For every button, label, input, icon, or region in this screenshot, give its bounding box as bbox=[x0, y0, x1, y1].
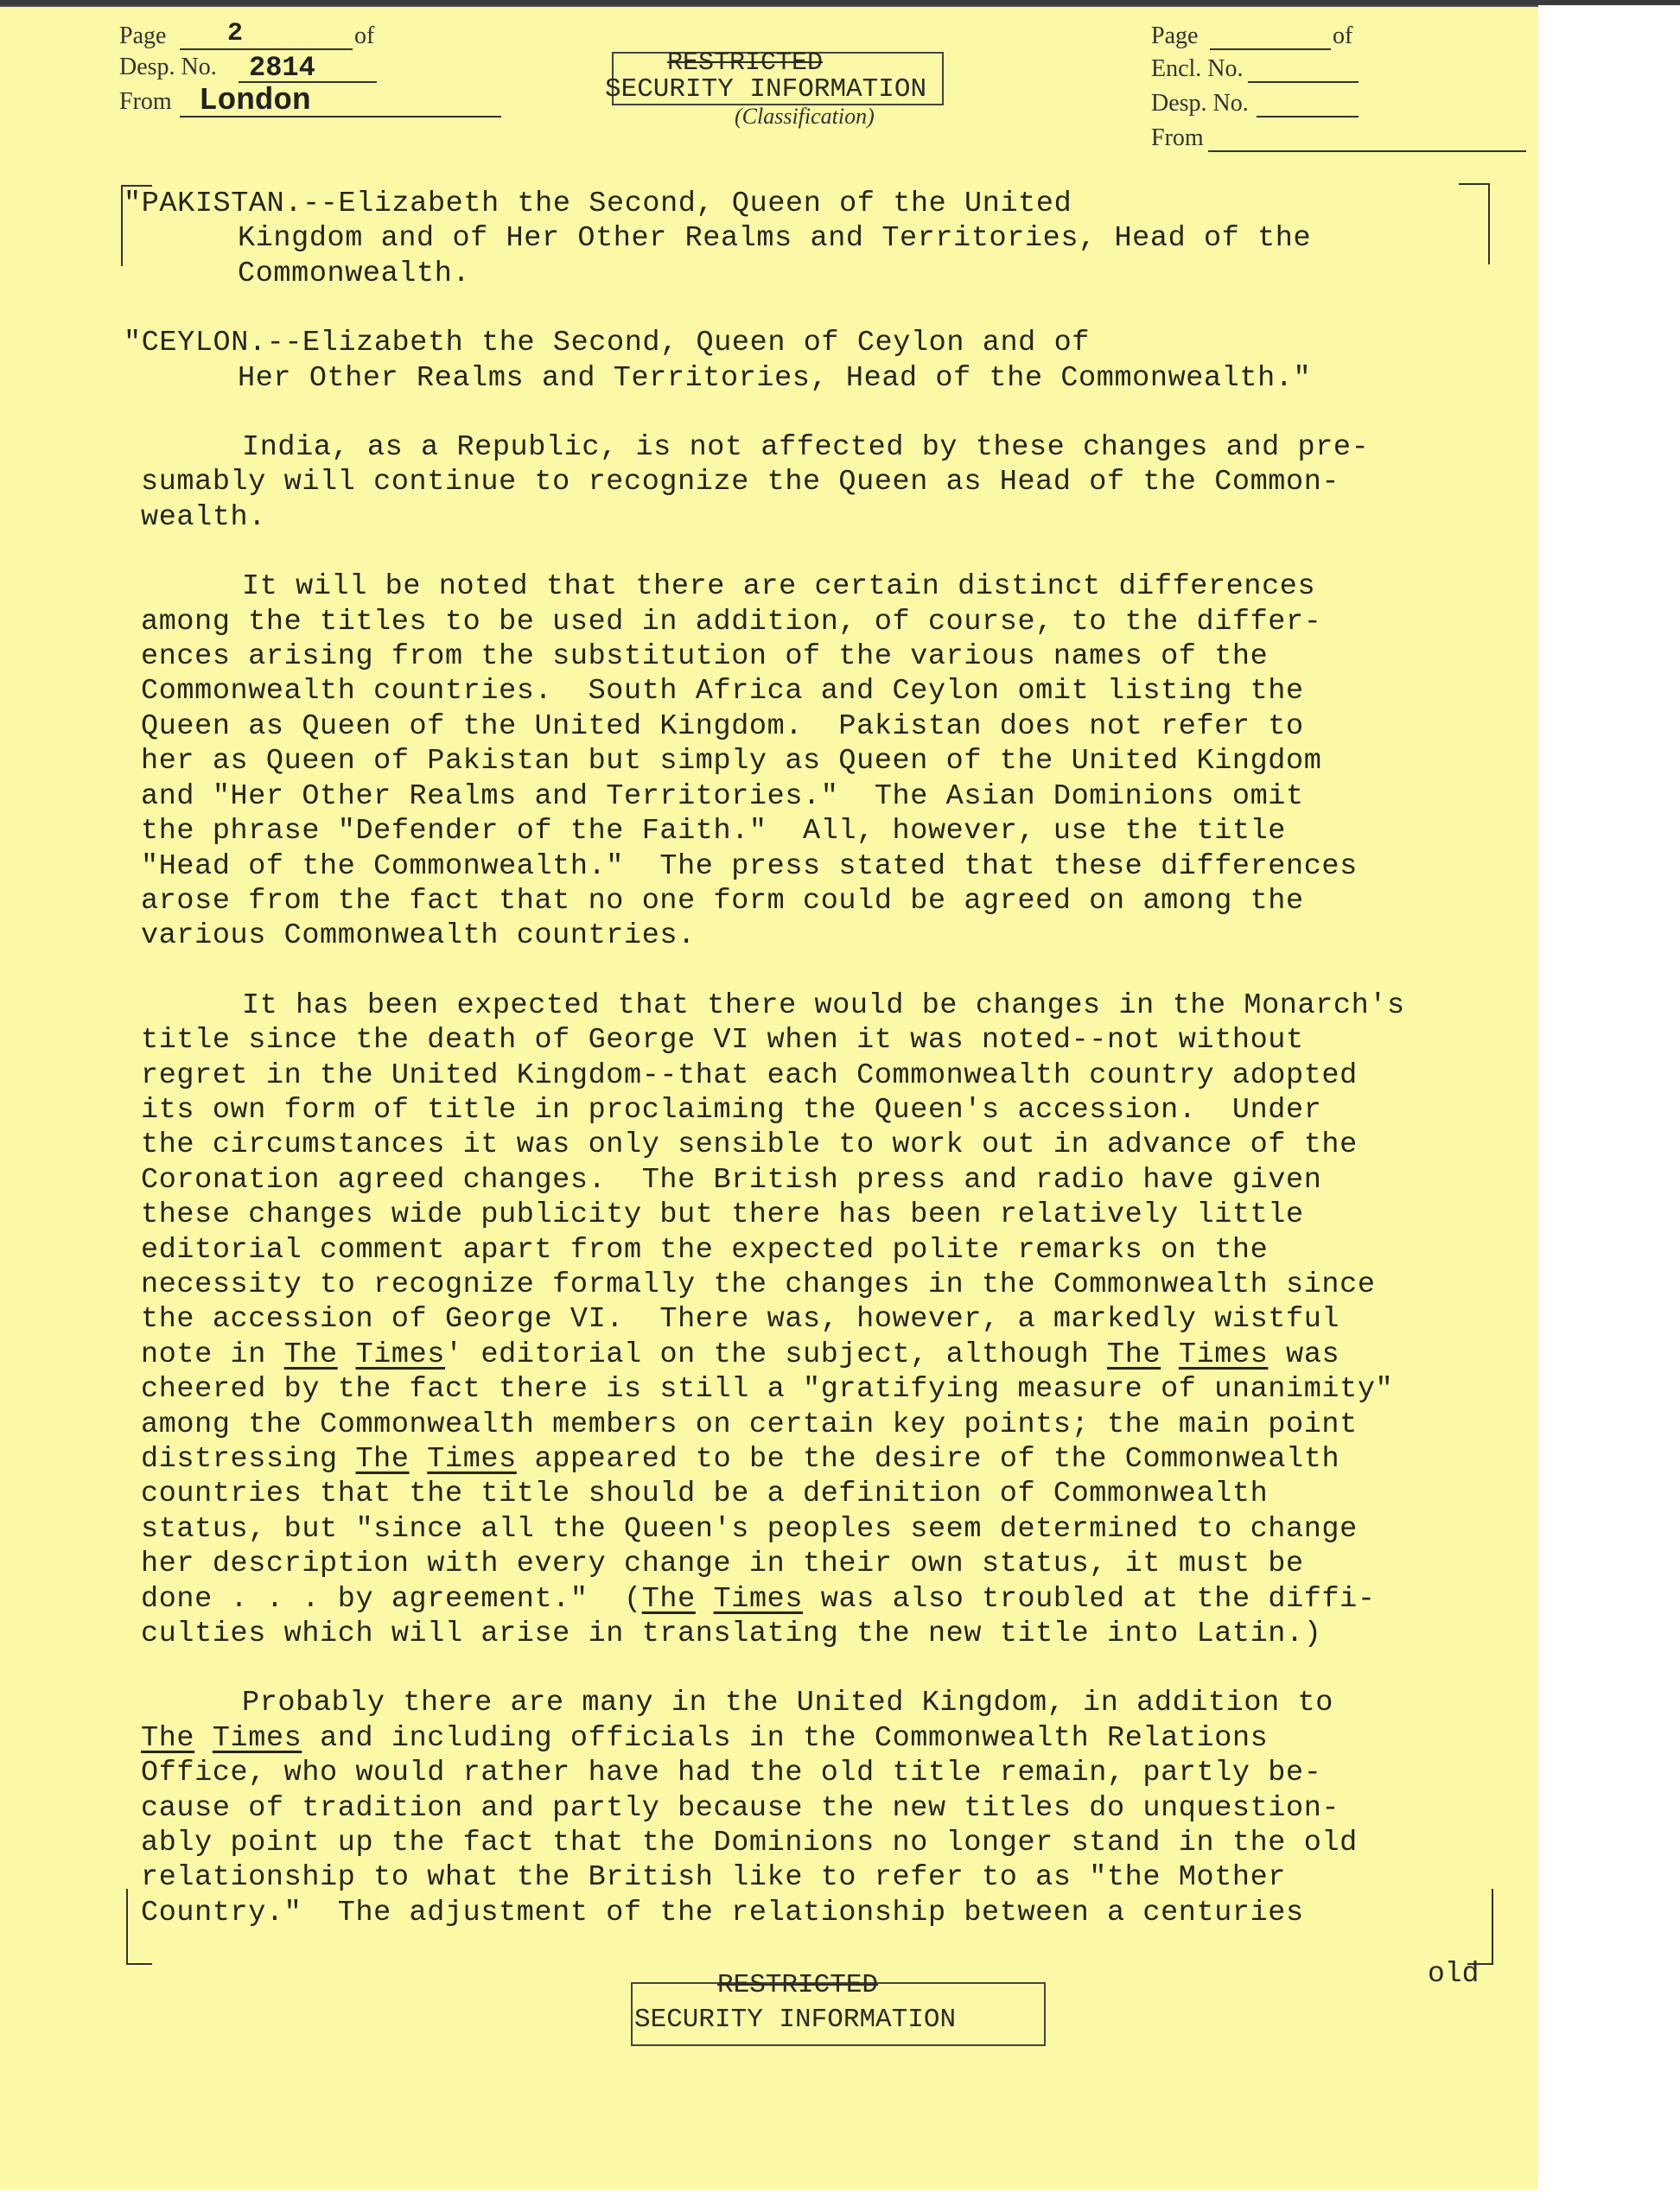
text-line: the phrase "Defender of the Faith." All,… bbox=[141, 814, 1558, 849]
classification-top: RESTRICTED SECURITY INFORMATION (Classif… bbox=[605, 48, 1037, 143]
text-line: these changes wide publicity but there h… bbox=[141, 1198, 1558, 1232]
text-line: wealth. bbox=[141, 500, 1558, 535]
encl-label: Encl. No. bbox=[1151, 55, 1244, 82]
from-label: From bbox=[119, 88, 172, 115]
page-number-value: 2 bbox=[227, 19, 243, 48]
classification-security-info: SECURITY INFORMATION bbox=[605, 74, 926, 105]
text-line: Kingdom and of Her Other Realms and Terr… bbox=[238, 221, 1558, 256]
text-line: regret in the United Kingdom--that each … bbox=[141, 1058, 1558, 1093]
right-of-label: of bbox=[1333, 22, 1352, 50]
text-line: ably point up the fact that the Dominion… bbox=[141, 1826, 1558, 1860]
text-line: title since the death of George VI when … bbox=[141, 1023, 1558, 1058]
text-line: India, as a Republic, is not affected by… bbox=[242, 430, 1558, 465]
right-from-underline bbox=[1208, 150, 1526, 152]
text-line: its own form of title in proclaiming the… bbox=[141, 1093, 1558, 1128]
text-line: Her Other Realms and Territories, Head o… bbox=[238, 361, 1558, 396]
right-from-label: From bbox=[1151, 124, 1204, 151]
desp-label: Desp. No. bbox=[119, 54, 217, 80]
text-line: done . . . by agreement." (The Times was… bbox=[141, 1582, 1558, 1617]
underlined-title: Times bbox=[355, 1338, 445, 1371]
underlined-title: The bbox=[284, 1338, 338, 1371]
continuation-word: old bbox=[1428, 1958, 1479, 1990]
text-line: The Times and including officials in the… bbox=[141, 1721, 1558, 1756]
text-line: Commonwealth countries. South Africa and… bbox=[141, 674, 1558, 709]
underlined-title: Times bbox=[427, 1443, 517, 1476]
text-line: among the Commonwealth members on certai… bbox=[141, 1408, 1558, 1442]
document-page: Page 2 of Desp. No. 2814 From London RES… bbox=[0, 5, 1538, 2190]
document-body: "PAKISTAN.--Elizabeth the Second, Queen … bbox=[141, 187, 1558, 1930]
text-line: her as Queen of Pakistan but simply as Q… bbox=[141, 744, 1558, 779]
text-line: necessity to recognize formally the chan… bbox=[141, 1268, 1558, 1302]
text-line: cause of tradition and partly because th… bbox=[141, 1791, 1558, 1826]
page-label: Page bbox=[119, 22, 166, 49]
text-line: cheered by the fact there is still a "gr… bbox=[141, 1372, 1558, 1407]
page-underline bbox=[180, 48, 353, 50]
despatch-number-value: 2814 bbox=[249, 52, 315, 84]
text-line: "CEYLON.--Elizabeth the Second, Queen of… bbox=[124, 326, 1558, 360]
text-line: countries that the title should be a def… bbox=[141, 1477, 1558, 1511]
text-line: and "Her Other Realms and Territories." … bbox=[141, 779, 1558, 814]
text-line: distressing The Times appeared to be the… bbox=[141, 1442, 1558, 1477]
text-line: note in The Times' editorial on the subj… bbox=[141, 1338, 1558, 1372]
text-line: the accession of George VI. There was, h… bbox=[141, 1302, 1558, 1337]
text-line: among the titles to be used in addition,… bbox=[141, 605, 1558, 639]
text-line: relationship to what the British like to… bbox=[141, 1860, 1558, 1895]
text-line: Queen as Queen of the United Kingdom. Pa… bbox=[141, 709, 1558, 744]
underlined-title: Times bbox=[714, 1583, 804, 1616]
text-line: ences arising from the substitution of t… bbox=[141, 639, 1558, 674]
text-line: the circumstances it was only sensible t… bbox=[141, 1128, 1558, 1162]
page-of-label: of bbox=[354, 22, 374, 50]
underlined-title: Times bbox=[1179, 1338, 1269, 1371]
encl-underline bbox=[1248, 81, 1359, 83]
underlined-title: The bbox=[1107, 1338, 1161, 1371]
text-line: editorial comment apart from the expecte… bbox=[141, 1233, 1558, 1268]
underlined-title: The bbox=[642, 1583, 696, 1616]
classification-caption: (Classification) bbox=[735, 104, 875, 130]
text-line: arose from the fact that no one form cou… bbox=[141, 884, 1558, 918]
right-page-label: Page bbox=[1151, 22, 1198, 49]
text-line: her description with every change in the… bbox=[141, 1547, 1558, 1581]
from-value: London bbox=[199, 83, 311, 118]
text-line: Country." The adjustment of the relation… bbox=[141, 1896, 1558, 1930]
text-line: Office, who would rather have had the ol… bbox=[141, 1756, 1558, 1790]
text-line: sumably will continue to recognize the Q… bbox=[141, 465, 1558, 499]
classification-security-info-bottom: SECURITY INFORMATION bbox=[634, 2005, 956, 2035]
text-line: It has been expected that there would be… bbox=[242, 988, 1558, 1023]
classification-restricted: RESTRICTED bbox=[667, 48, 823, 78]
text-line: Coronation agreed changes. The British p… bbox=[141, 1163, 1558, 1198]
right-desp-underline bbox=[1257, 116, 1359, 118]
classification-restricted-bottom: RESTRICTED bbox=[717, 1970, 878, 2000]
right-desp-label: Desp. No. bbox=[1151, 90, 1249, 117]
text-line: various Commonwealth countries. bbox=[141, 918, 1558, 953]
text-line: status, but "since all the Queen's peopl… bbox=[141, 1512, 1558, 1547]
text-line: It will be noted that there are certain … bbox=[242, 569, 1558, 604]
classification-bottom: RESTRICTED SECURITY INFORMATION bbox=[631, 1970, 1080, 2056]
underlined-title: The bbox=[141, 1722, 194, 1755]
underlined-title: Times bbox=[213, 1722, 302, 1755]
text-line: Probably there are many in the United Ki… bbox=[242, 1686, 1558, 1720]
text-line: culties which will arise in translating … bbox=[141, 1617, 1558, 1651]
text-line: Commonwealth. bbox=[238, 257, 1558, 291]
text-line: "PAKISTAN.--Elizabeth the Second, Queen … bbox=[124, 187, 1558, 221]
underlined-title: The bbox=[355, 1443, 409, 1476]
text-line: "Head of the Commonwealth." The press st… bbox=[141, 849, 1558, 884]
right-page-underline bbox=[1210, 48, 1331, 50]
